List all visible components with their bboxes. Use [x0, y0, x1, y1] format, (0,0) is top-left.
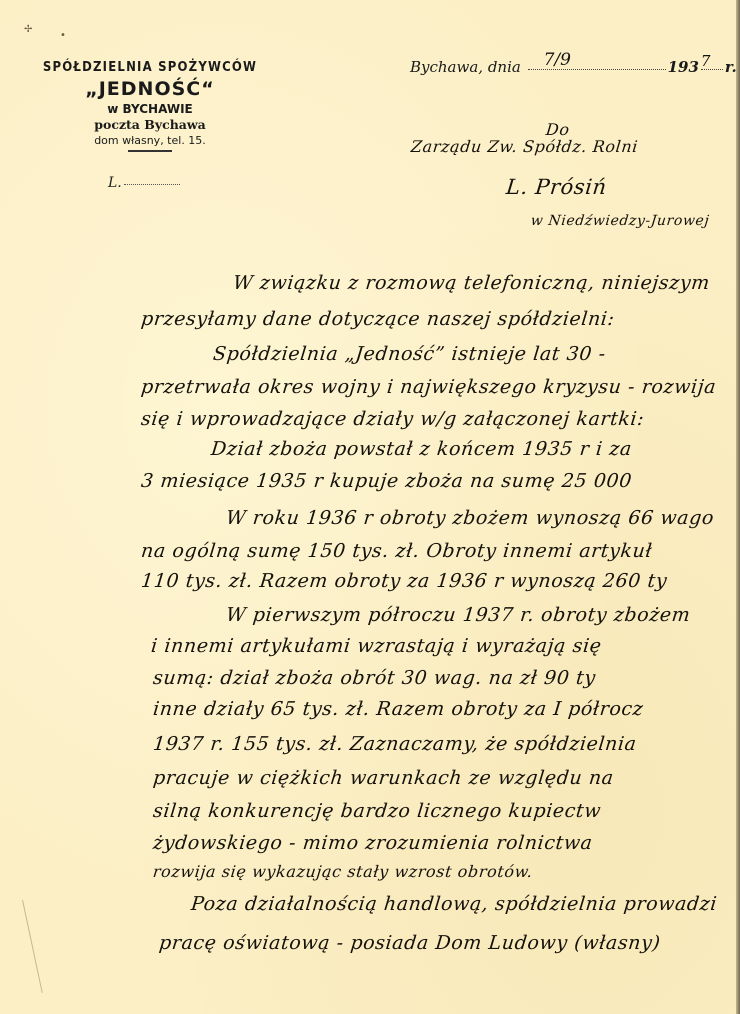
body-line: 110 tys. zł. Razem obroty za 1936 r wyno…: [140, 570, 668, 592]
date-year-printed: 193: [668, 58, 699, 76]
body-line: pracuje w ciężkich warunkach ze względu …: [152, 767, 615, 789]
address-line-2: L. Prósiń: [505, 175, 608, 199]
address-line-1: Zarządu Zw. Spółdz. Rolni: [410, 137, 639, 156]
body-line: przetrwała okres wojny i największego kr…: [140, 376, 717, 398]
ink-speck: ✢: [24, 24, 32, 35]
body-line: rozwija się wykazując stały wzrost obrot…: [152, 862, 534, 881]
letterhead-contact: dom własny, tel. 15.: [40, 134, 260, 147]
letterhead-org-type: SPÓŁDZIELNIA SPOŻYWCÓW: [40, 60, 260, 75]
reference-dots: [124, 184, 180, 185]
reference-label: L.: [108, 175, 122, 191]
body-line: Dział zboża powstał z końcem 1935 r i za: [210, 438, 633, 460]
body-line: W związku z rozmową telefoniczną, niniej…: [232, 272, 711, 294]
body-line: żydowskiego - mimo zrozumienia rolnictwa: [152, 832, 594, 854]
letterhead-org-name: „JEDNOŚĆ“: [40, 78, 260, 100]
ink-speck: •: [60, 30, 66, 41]
body-line: W pierwszym półroczu 1937 r. obroty zboż…: [225, 604, 692, 626]
date-day-field: 7/9: [528, 67, 666, 70]
body-line: inne działy 65 tys. zł. Razem obroty za …: [152, 698, 644, 720]
body-line: 3 miesiące 1935 r kupuje zboża na sumę 2…: [140, 470, 633, 492]
scan-edge: [736, 0, 740, 1014]
body-line: na ogólną sumę 150 tys. zł. Obroty innem…: [140, 540, 653, 562]
letterhead-post: poczta Bychawa: [40, 117, 260, 132]
body-line: silną konkurencję bardzo licznego kupiec…: [152, 800, 602, 822]
reference-number: L.: [108, 175, 180, 191]
body-line: W roku 1936 r obroty zbożem wynoszą 66 w…: [225, 507, 715, 529]
body-line: i innemi artykułami wzrastają i wyrażają…: [150, 635, 603, 657]
date-suffix: r.: [725, 58, 737, 76]
letterhead-divider: [128, 150, 172, 152]
letterhead-location: w BYCHAWIE: [40, 102, 260, 116]
body-line: sumą: dział zboża obrót 30 wag. na zł 90…: [152, 667, 597, 689]
body-line: 1937 r. 155 tys. zł. Zaznaczamy, że spół…: [152, 733, 638, 755]
body-line: przesyłamy dane dotyczące naszej spółdzi…: [140, 308, 616, 330]
date-place: Bychawa, dnia: [410, 58, 521, 76]
body-line: Poza działalnością handlową, spółdzielni…: [190, 893, 718, 915]
dateline: Bychawa, dnia 7/9 193 7 r.: [410, 58, 737, 76]
date-day-handwritten: 7/9: [544, 50, 571, 70]
body-line: Spółdzielnia „Jedność” istnieje lat 30 -: [212, 343, 607, 365]
date-year-handwritten: 7: [701, 52, 711, 70]
letterhead: SPÓŁDZIELNIA SPOŻYWCÓW „JEDNOŚĆ“ w BYCHA…: [40, 60, 260, 152]
date-year-field: 7: [701, 67, 723, 70]
body-line: pracę oświatową - posiada Dom Ludowy (wł…: [158, 932, 662, 954]
body-line: się i wprowadzające działy w/g załączone…: [140, 408, 645, 430]
address-line-3: w Niedźwiedzy-Jurowej: [530, 213, 710, 229]
